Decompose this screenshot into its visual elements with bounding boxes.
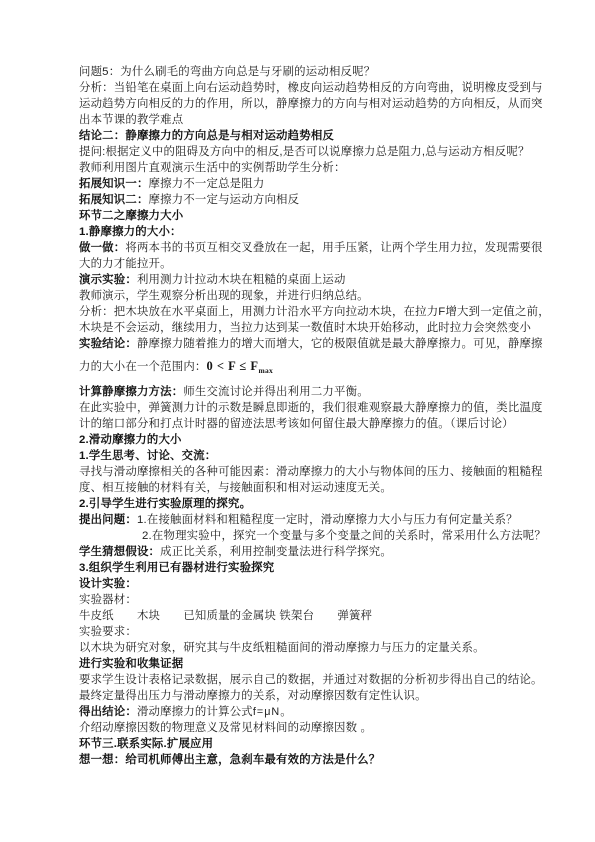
- body-text: 摩擦力不一定总是阻力: [149, 178, 265, 190]
- body-text: 力的大小在一个范围内：: [79, 361, 207, 373]
- text-line: 做一做：将两本书的书页互相交叉叠放在一起，用手压紧，让两个学生用力拉，发现需要很: [79, 240, 517, 256]
- text-line: 实验要求：: [79, 624, 517, 640]
- heading-text: 演示实验：: [79, 274, 137, 286]
- heading-text: 提出问题：: [79, 514, 137, 526]
- text-line: 问题5：为什么刷毛的弯曲方向总是与牙刷的运动相反呢？: [79, 64, 517, 80]
- text-line: 计算静摩擦力方法：师生交流讨论并得出利用二力平衡。: [79, 384, 517, 400]
- body-text: 分析：当铅笔在桌面上向右运动趋势时，橡皮向运动趋势相反的方向弯曲，说明橡皮受到与: [79, 82, 543, 94]
- text-line: 计的缩口部分和打点计时器的留迹法思考该如何留住最大静摩擦力的值。（课后讨论）: [79, 416, 517, 432]
- text-line: 教师利用图片直观演示生活中的实例帮助学生分析：: [79, 160, 517, 176]
- heading-text: 1.静摩擦力的大小：: [79, 226, 182, 238]
- heading-text: 计算静摩擦力方法：: [79, 386, 183, 398]
- text-line: 实验器材：: [79, 592, 517, 608]
- text-line: 2.在物理实验中，探究一个变量与多个变量之间的关系时，常采用什么方法呢？: [79, 528, 517, 544]
- text-line: 环节三.联系实际.扩展应用: [79, 736, 517, 752]
- body-text: 将两本书的书页互相交叉叠放在一起，用手压紧，让两个学生用力拉，发现需要很: [125, 242, 542, 254]
- text-line: 以木块为研究对象，研究其与牛皮纸粗糙面间的滑动摩擦力与压力的定量关系。: [79, 640, 517, 656]
- text-line: 最终定量得出压力与滑动摩擦力的关系，对动摩擦因数有定性认识。: [79, 688, 517, 704]
- body-text: 师生交流讨论并得出利用二力平衡。: [183, 386, 368, 398]
- body-text: 计的缩口部分和打点计时器的留迹法思考该如何留住最大静摩擦力的值。（课后讨论）: [79, 418, 514, 430]
- text-line: 运动趋势方向相反的力的作用，所以，静摩擦力的方向与相对运动趋势的方向相反，从而突: [79, 96, 517, 112]
- text-line: 力的大小在一个范围内：0 < F ≤ Fmax: [79, 358, 517, 379]
- body-text: 出本节课的教学难点: [79, 114, 183, 126]
- text-line: 2.滑动摩擦力的大小: [79, 432, 517, 448]
- text-line: 实验结论：静摩擦力随着推力的增大而增大，它的极限值就是最大静摩擦力。可见，静摩擦: [79, 336, 517, 352]
- text-line: 木块是不会运动，继续用力，当拉力达到某一数值时木块开始移动，此时拉力会突然变小: [79, 320, 517, 336]
- text-line: 拓展知识二：摩擦力不一定与运动方向相反: [79, 192, 517, 208]
- text-line: 提出问题：1.在接触面材料和粗糙程度一定时，滑动摩擦力大小与压力有何定量关系？: [79, 512, 517, 528]
- body-text: 教师利用图片直观演示生活中的实例帮助学生分析：: [79, 162, 346, 174]
- text-line: 牛皮纸 木块 已知质量的金属块 铁架台 弹簧秤: [79, 608, 517, 624]
- text-line: 3.组织学生利用已有器材进行实验探究: [79, 560, 517, 576]
- text-line: 环节二之摩擦力大小: [79, 208, 517, 224]
- text-line: 进行实验和收集证据: [79, 656, 517, 672]
- text-line: 结论二：静摩擦力的方向总是与相对运动趋势相反: [79, 128, 517, 144]
- text-line: 介绍动摩擦因数的物理意义及常见材料间的动摩擦因数 。: [79, 720, 517, 736]
- body-text: 。: [280, 706, 292, 718]
- body-text: 教师演示，学生观察分析出现的现象，并进行归纳总结。: [79, 290, 369, 302]
- document-page: 问题5：为什么刷毛的弯曲方向总是与牙刷的运动相反呢？分析：当铅笔在桌面上向右运动…: [0, 0, 595, 842]
- heading-text: 环节三.联系实际.扩展应用: [79, 738, 213, 750]
- body-text: 静摩擦力随着推力的增大而增大，它的极限值就是最大静摩擦力。可见，静摩擦: [137, 338, 543, 350]
- text-line: 在此实验中，弹簧测力计的示数是瞬息即逝的，我们很难观察最大静摩擦力的值，类比温度: [79, 400, 517, 416]
- body-text: 实验器材：: [79, 594, 137, 606]
- text-line: 2.引导学生进行实验原理的探究。: [79, 496, 517, 512]
- text-line: 大的力才能拉开。: [79, 256, 517, 272]
- text-line: 想一想：给司机师傅出主意，急刹车最有效的方法是什么？: [79, 752, 517, 768]
- heading-text: 设计实验：: [79, 578, 137, 590]
- body-text: 问题5：为什么刷毛的弯曲方向总是与牙刷的运动相反呢？: [79, 66, 375, 78]
- body-text: 最终定量得出压力与滑动摩擦力的关系，对动摩擦因数有定性认识。: [79, 690, 427, 702]
- heading-text: 做一做：: [79, 242, 125, 254]
- heading-text: 实验结论：: [79, 338, 137, 350]
- body-text: 2.在物理实验中，探究一个变量与多个变量之间的关系时，常采用什么方法呢？: [142, 530, 546, 542]
- heading-text: 想一想：给司机师傅出主意，急刹车最有效的方法是什么？: [79, 754, 380, 766]
- heading-text: 3.组织学生利用已有器材进行实验探究: [79, 562, 274, 574]
- heading-text: 1.学生思考、讨论、交流：: [79, 450, 216, 462]
- text-line: 寻找与滑动摩擦相关的各种可能因素：滑动摩擦力的大小与物体间的压力、接触面的粗糙程: [79, 464, 517, 480]
- text-line: 提问:根据定义中的阻碍及方向中的相反,是否可以说摩擦力总是阻力,总与运动方相反呢…: [79, 144, 517, 160]
- heading-text: 拓展知识一：: [79, 178, 149, 190]
- body-text: 提问:根据定义中的阻碍及方向中的相反,是否可以说摩擦力总是阻力,总与运动方相反呢…: [79, 146, 530, 158]
- body-text: 运动趋势方向相反的力的作用，所以，静摩擦力的方向与相对运动趋势的方向相反，从而突: [79, 98, 543, 110]
- body-text: f=μN: [253, 706, 280, 718]
- text-line: 1.学生思考、讨论、交流：: [79, 448, 517, 464]
- heading-text: 2.引导学生进行实验原理的探究。: [79, 498, 251, 510]
- heading-text: 结论二：静摩擦力的方向总是与相对运动趋势相反: [79, 130, 334, 142]
- body-text: 度、相互接触的材料有关，与接触面积和相对运动速度无关。: [79, 482, 392, 494]
- body-text: 以木块为研究对象，研究其与牛皮纸粗糙面间的滑动摩擦力与压力的定量关系。: [79, 642, 485, 654]
- body-text: 寻找与滑动摩擦相关的各种可能因素：滑动摩擦力的大小与物体间的压力、接触面的粗糙程: [79, 466, 543, 478]
- body-text: 在此实验中，弹簧测力计的示数是瞬息即逝的，我们很难观察最大静摩擦力的值，类比温度: [79, 402, 543, 414]
- text-line: 分析：当铅笔在桌面上向右运动趋势时，橡皮向运动趋势相反的方向弯曲，说明橡皮受到与: [79, 80, 517, 96]
- text-line: 度、相互接触的材料有关，与接触面积和相对运动速度无关。: [79, 480, 517, 496]
- body-text: 成正比关系，利用控制变量法进行科学探究。: [160, 546, 392, 558]
- text-line: 学生猜想假设：成正比关系，利用控制变量法进行科学探究。: [79, 544, 517, 560]
- body-text: 分析：把木块放在水平桌面上，用测力计沿水平方向拉动木块，在拉力F增大到一定值之前…: [79, 306, 550, 318]
- text-line: 拓展知识一：摩擦力不一定总是阻力: [79, 176, 517, 192]
- body-text: 实验要求：: [79, 626, 137, 638]
- body-text: 介绍动摩擦因数的物理意义及常见材料间的动摩擦因数 。: [79, 722, 372, 734]
- text-line: 演示实验：利用测力计拉动木块在粗糙的桌面上运动: [79, 272, 517, 288]
- text-line: 设计实验：: [79, 576, 517, 592]
- body-text: 木块是不会运动，继续用力，当拉力达到某一数值时木块开始移动，此时拉力会突然变小: [79, 322, 531, 334]
- text-line: 1.静摩擦力的大小：: [79, 224, 517, 240]
- text-line: 教师演示，学生观察分析出现的现象，并进行归纳总结。: [79, 288, 517, 304]
- heading-text: 得出结论：: [79, 706, 137, 718]
- heading-text: 2.滑动摩擦力的大小: [79, 434, 182, 446]
- heading-text: 学生猜想假设：: [79, 546, 160, 558]
- body-text: 要求学生设计表格记录数据，展示自己的数据，并通过对数据的分析初步得出自己的结论。: [79, 674, 543, 686]
- body-text: 1.在接触面材料和粗糙程度一定时，滑动摩擦力大小与压力有何定量关系？: [137, 514, 518, 526]
- body-text: 大的力才能拉开。: [79, 258, 172, 270]
- body-text: 摩擦力不一定与运动方向相反: [149, 194, 300, 206]
- body-text: 滑动摩擦力的计算公式: [137, 706, 253, 718]
- heading-text: 进行实验和收集证据: [79, 658, 183, 670]
- text-line: 得出结论：滑动摩擦力的计算公式f=μN。: [79, 704, 517, 720]
- text-line: 分析：把木块放在水平桌面上，用测力计沿水平方向拉动木块，在拉力F增大到一定值之前…: [79, 304, 517, 320]
- text-line: 要求学生设计表格记录数据，展示自己的数据，并通过对数据的分析初步得出自己的结论。: [79, 672, 517, 688]
- body-text: 牛皮纸 木块 已知质量的金属块 铁架台 弹簧秤: [79, 610, 372, 622]
- body-text: 利用测力计拉动木块在粗糙的桌面上运动: [137, 274, 346, 286]
- text-line: 出本节课的教学难点: [79, 112, 517, 128]
- formula-text: 0 < F ≤ F: [207, 359, 259, 373]
- heading-text: 环节二之摩擦力大小: [79, 210, 183, 222]
- formula-text: max: [259, 366, 273, 375]
- heading-text: 拓展知识二：: [79, 194, 149, 206]
